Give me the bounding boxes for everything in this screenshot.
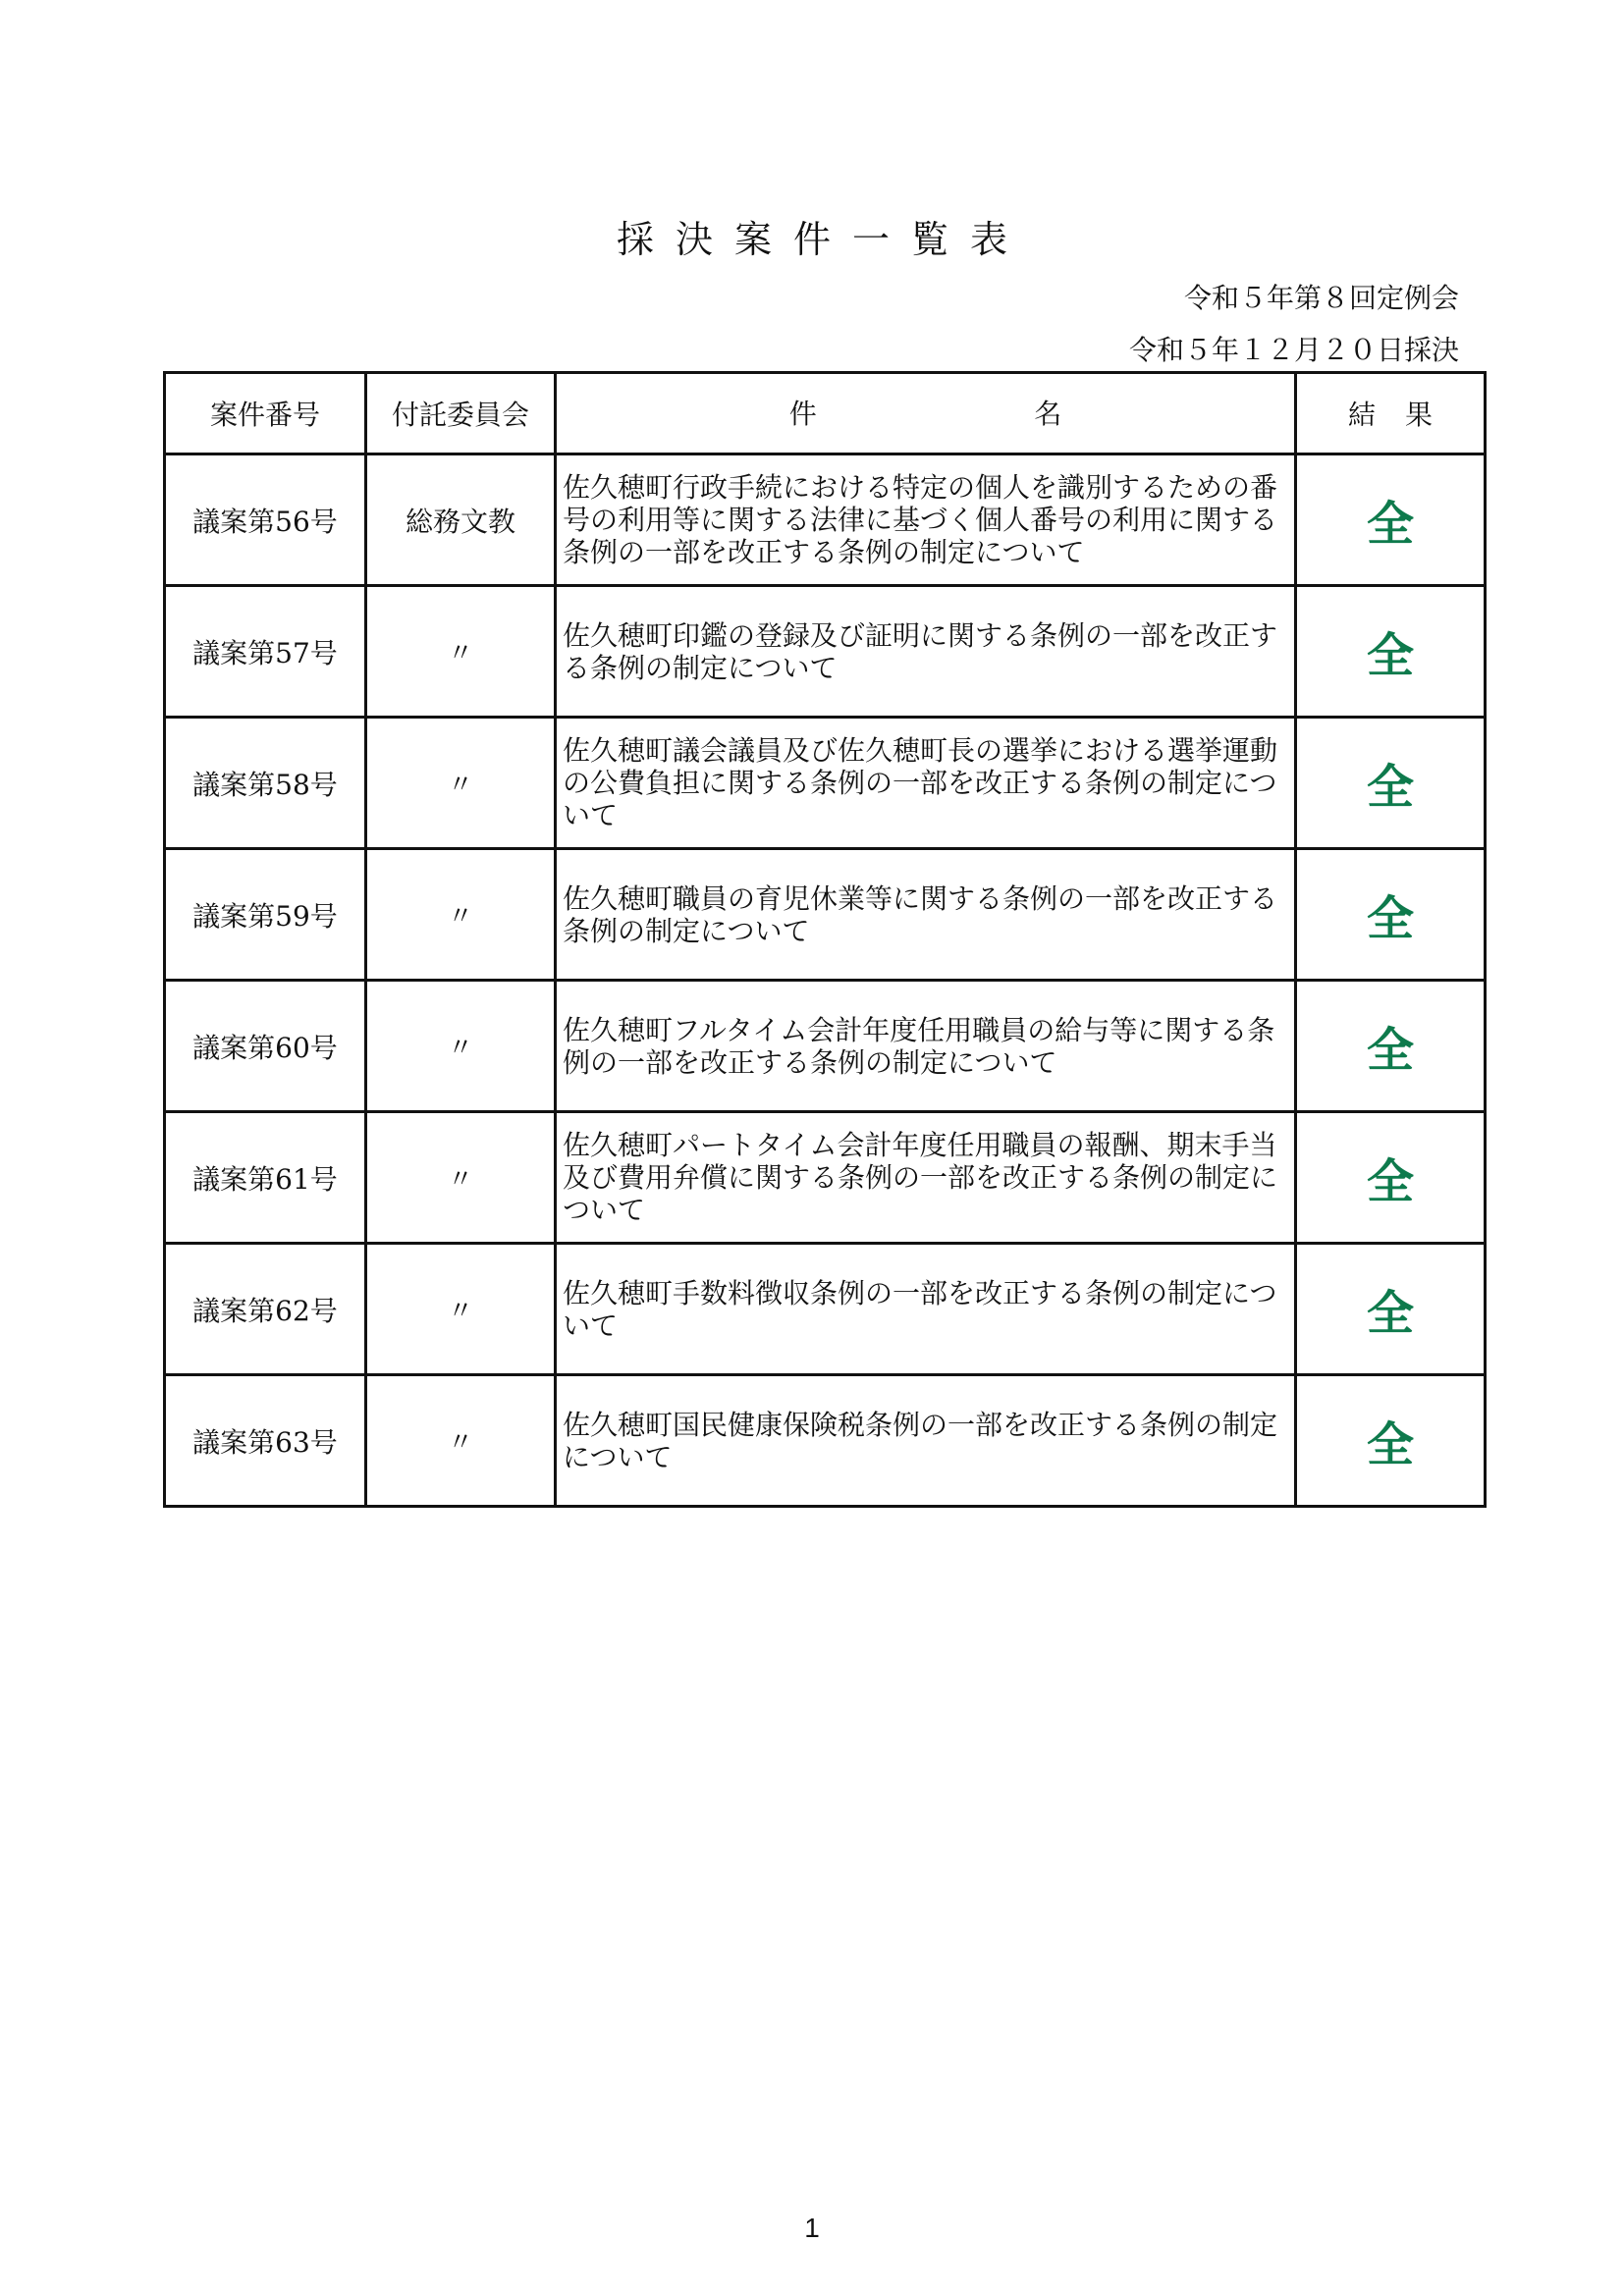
result-stamp-icon: 全	[1367, 628, 1414, 683]
result-stamp-icon: 全	[1367, 1286, 1414, 1341]
row-committee: 〃	[366, 849, 556, 981]
vote-date-label: 令和５年１２月２０日採決	[1129, 329, 1459, 368]
page-number: 1	[0, 2213, 1624, 2244]
page-title: 採決案件一覧表	[0, 209, 1624, 263]
row-committee: 〃	[366, 718, 556, 849]
row-committee: 〃	[366, 1375, 556, 1507]
row-name: 佐久穂町パートタイム会計年度任用職員の報酬、期末手当及び費用弁償に関する条例の一…	[556, 1112, 1296, 1244]
row-number: 議案第60号	[165, 981, 366, 1112]
header-result: 結果	[1296, 373, 1486, 454]
row-committee: 〃	[366, 586, 556, 718]
row-name: 佐久穂町行政手続における特定の個人を識別するための番号の利用等に関する法律に基づ…	[556, 454, 1296, 586]
table-row: 議案第58号 〃 佐久穂町議会議員及び佐久穂町長の選挙における選挙運動の公費負担…	[165, 718, 1486, 849]
row-result: 全	[1296, 586, 1486, 718]
row-number: 議案第61号	[165, 1112, 366, 1244]
result-stamp-icon: 全	[1367, 1154, 1414, 1209]
row-result: 全	[1296, 849, 1486, 981]
row-committee: 〃	[366, 1112, 556, 1244]
table-row: 議案第61号 〃 佐久穂町パートタイム会計年度任用職員の報酬、期末手当及び費用弁…	[165, 1112, 1486, 1244]
row-name: 佐久穂町議会議員及び佐久穂町長の選挙における選挙運動の公費負担に関する条例の一部…	[556, 718, 1296, 849]
result-stamp-icon: 全	[1367, 760, 1414, 815]
table-row: 議案第62号 〃 佐久穂町手数料徴収条例の一部を改正する条例の制定について 全	[165, 1244, 1486, 1375]
resolution-table: 案件番号 付託委員会 件 名 結果 議案第56号 総務文教 佐久穂町行政手続にお…	[163, 371, 1487, 1508]
row-name: 佐久穂町職員の育児休業等に関する条例の一部を改正する条例の制定について	[556, 849, 1296, 981]
row-result: 全	[1296, 1375, 1486, 1507]
row-number: 議案第63号	[165, 1375, 366, 1507]
row-number: 議案第57号	[165, 586, 366, 718]
header-name-left: 件	[789, 398, 817, 430]
row-number: 議案第58号	[165, 718, 366, 849]
table-row: 議案第56号 総務文教 佐久穂町行政手続における特定の個人を識別するための番号の…	[165, 454, 1486, 586]
row-committee: 〃	[366, 981, 556, 1112]
result-stamp-icon: 全	[1367, 497, 1414, 552]
row-result: 全	[1296, 718, 1486, 849]
result-stamp-icon: 全	[1367, 1023, 1414, 1078]
row-name: 佐久穂町印鑑の登録及び証明に関する条例の一部を改正する条例の制定について	[556, 586, 1296, 718]
row-name: 佐久穂町国民健康保険税条例の一部を改正する条例の制定について	[556, 1375, 1296, 1507]
row-number: 議案第59号	[165, 849, 366, 981]
table-row: 議案第59号 〃 佐久穂町職員の育児休業等に関する条例の一部を改正する条例の制定…	[165, 849, 1486, 981]
row-name: 佐久穂町フルタイム会計年度任用職員の給与等に関する条例の一部を改正する条例の制定…	[556, 981, 1296, 1112]
row-result: 全	[1296, 454, 1486, 586]
header-name: 件 名	[556, 373, 1296, 454]
session-label: 令和５年第８回定例会	[1184, 277, 1459, 316]
row-number: 議案第62号	[165, 1244, 366, 1375]
table-row: 議案第63号 〃 佐久穂町国民健康保険税条例の一部を改正する条例の制定について …	[165, 1375, 1486, 1507]
row-name: 佐久穂町手数料徴収条例の一部を改正する条例の制定について	[556, 1244, 1296, 1375]
header-number: 案件番号	[165, 373, 366, 454]
row-committee: 総務文教	[366, 454, 556, 586]
row-result: 全	[1296, 1244, 1486, 1375]
result-stamp-icon: 全	[1367, 891, 1414, 946]
table-header-row: 案件番号 付託委員会 件 名 結果	[165, 373, 1486, 454]
header-committee: 付託委員会	[366, 373, 556, 454]
header-name-right: 名	[1034, 398, 1061, 430]
result-stamp-icon: 全	[1367, 1417, 1414, 1472]
row-committee: 〃	[366, 1244, 556, 1375]
row-result: 全	[1296, 981, 1486, 1112]
row-result: 全	[1296, 1112, 1486, 1244]
table-row: 議案第60号 〃 佐久穂町フルタイム会計年度任用職員の給与等に関する条例の一部を…	[165, 981, 1486, 1112]
table-row: 議案第57号 〃 佐久穂町印鑑の登録及び証明に関する条例の一部を改正する条例の制…	[165, 586, 1486, 718]
row-number: 議案第56号	[165, 454, 366, 586]
